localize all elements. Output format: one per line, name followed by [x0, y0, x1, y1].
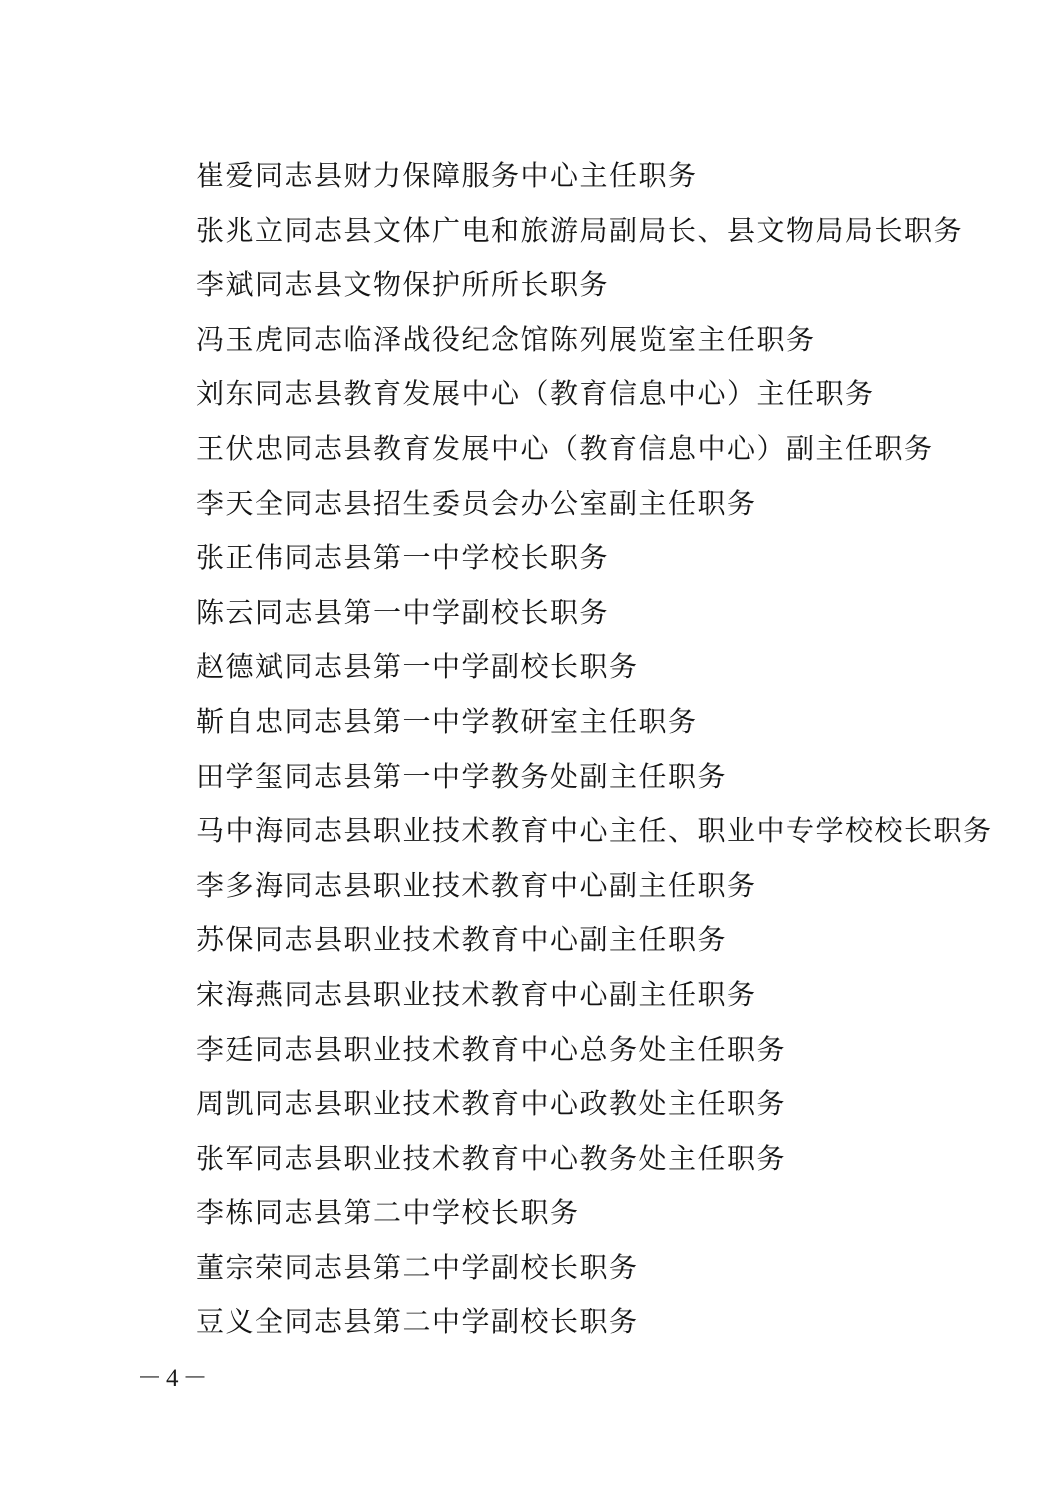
- appointment-line: 李天全同志县招生委员会办公室副主任职务: [196, 478, 1015, 533]
- appointment-line: 马中海同志县职业技术教育中心主任、职业中专学校校长职务: [196, 805, 1015, 860]
- appointment-line: 宋海燕同志县职业技术教育中心副主任职务: [196, 969, 1015, 1024]
- appointment-line: 冯玉虎同志临泽战役纪念馆陈列展览室主任职务: [196, 314, 1015, 369]
- appointment-line: 靳自忠同志县第一中学教研室主任职务: [196, 696, 1015, 751]
- appointment-line: 周凯同志县职业技术教育中心政教处主任职务: [196, 1078, 1015, 1133]
- page-footer: －4－: [137, 1358, 212, 1394]
- appointment-line: 李栋同志县第二中学校长职务: [196, 1187, 1015, 1242]
- appointment-line: 豆义全同志县第二中学副校长职务: [196, 1296, 1015, 1351]
- appointment-list: 崔爱同志县财力保障服务中心主任职务 张兆立同志县文体广电和旅游局副局长、县文物局…: [196, 150, 1015, 1351]
- appointment-line: 李廷同志县职业技术教育中心总务处主任职务: [196, 1024, 1015, 1079]
- document-page: 崔爱同志县财力保障服务中心主任职务 张兆立同志县文体广电和旅游局副局长、县文物局…: [0, 0, 1055, 1493]
- appointment-line: 田学玺同志县第一中学教务处副主任职务: [196, 751, 1015, 806]
- appointment-line: 张兆立同志县文体广电和旅游局副局长、县文物局局长职务: [196, 205, 1015, 260]
- appointment-line: 李多海同志县职业技术教育中心副主任职务: [196, 860, 1015, 915]
- appointment-line: 刘东同志县教育发展中心（教育信息中心）主任职务: [196, 368, 1015, 423]
- appointment-line: 董宗荣同志县第二中学副校长职务: [196, 1242, 1015, 1297]
- appointment-line: 陈云同志县第一中学副校长职务: [196, 587, 1015, 642]
- appointment-line: 张正伟同志县第一中学校长职务: [196, 532, 1015, 587]
- appointment-line: 赵德斌同志县第一中学副校长职务: [196, 641, 1015, 696]
- appointment-line: 崔爱同志县财力保障服务中心主任职务: [196, 150, 1015, 205]
- page-number: －4－: [137, 1365, 212, 1392]
- appointment-line: 苏保同志县职业技术教育中心副主任职务: [196, 914, 1015, 969]
- appointment-line: 张军同志县职业技术教育中心教务处主任职务: [196, 1133, 1015, 1188]
- appointment-line: 李斌同志县文物保护所所长职务: [196, 259, 1015, 314]
- appointment-line: 王伏忠同志县教育发展中心（教育信息中心）副主任职务: [196, 423, 1015, 478]
